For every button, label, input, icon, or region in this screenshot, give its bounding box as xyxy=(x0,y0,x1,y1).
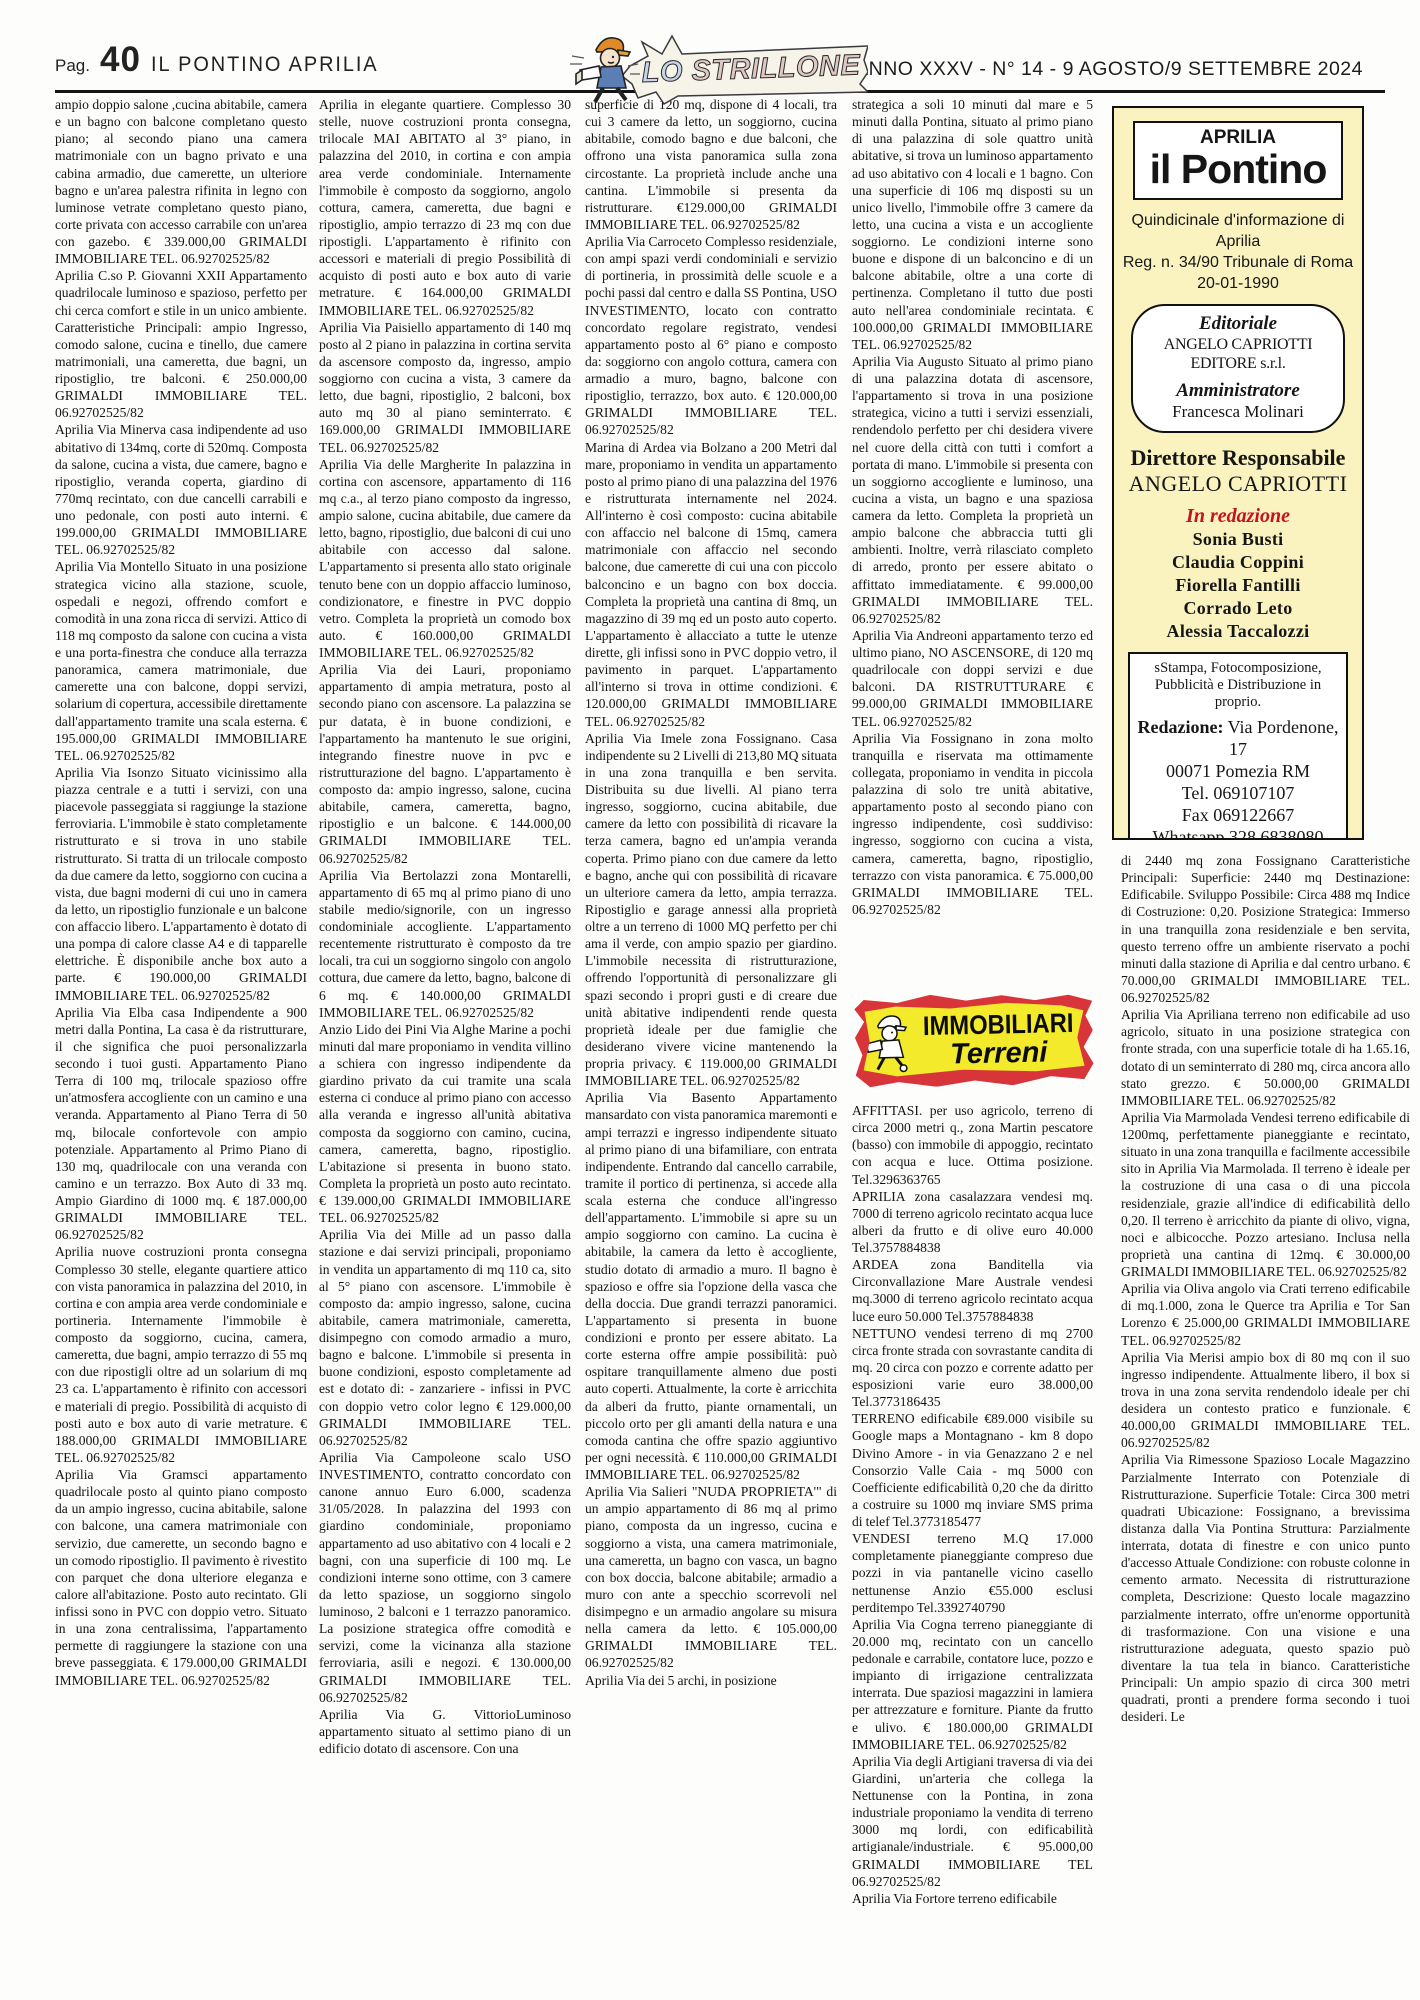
ad-paragraph: Aprilia Via Carroceto Complesso residenz… xyxy=(585,233,837,439)
ad-paragraph: Aprilia Via Basento Appartamento mansard… xyxy=(585,1089,837,1483)
ad-paragraph: Aprilia Via delle Margherite In palazzin… xyxy=(319,456,571,662)
badge-title: IMMOBILIARI xyxy=(923,1008,1074,1039)
ad-paragraph: Aprilia via Oliva angolo via Crati terre… xyxy=(1121,1280,1410,1349)
newsboy-icon xyxy=(862,1006,913,1077)
contact-line: Whatsapp 328.6838080 xyxy=(1132,826,1344,840)
ad-paragraph: Aprilia Via Minerva casa indipendente ad… xyxy=(55,421,307,558)
ad-paragraph: strategica a soli 10 minuti dal mare e 5… xyxy=(852,96,1093,353)
director-label: Direttore Responsabile xyxy=(1114,445,1362,471)
masthead-subtitle: Quindicinale d'informazione di Aprilia R… xyxy=(1114,210,1362,294)
ad-paragraph: ARDEA zona Banditella via Circonvallazio… xyxy=(852,1256,1093,1325)
contact-line: 00071 Pomezia RM xyxy=(1132,760,1344,782)
contact-label: Redazione: xyxy=(1137,717,1223,737)
ad-paragraph: Aprilia Via Marmolada Vendesi terreno ed… xyxy=(1121,1109,1410,1280)
ad-paragraph: superficie di 120 mq, dispone di 4 local… xyxy=(585,96,837,233)
ad-paragraph: Claudia Coppini xyxy=(1114,551,1362,574)
issue-line: ANNO XXXV - N° 14 - 9 AGOSTO/9 SETTEMBRE… xyxy=(855,58,1363,81)
text-column-1: ampio doppio salone ,cucina abitabile, c… xyxy=(55,96,307,1986)
ad-paragraph: Aprilia Via Gramsci appartamento quadril… xyxy=(55,1466,307,1689)
page-header-left: Pag. 40 IL PONTINO APRILIA xyxy=(55,40,390,80)
admin-name: Francesca Molinari xyxy=(1137,402,1339,422)
ad-paragraph: Aprilia in elegante quartiere. Complesso… xyxy=(319,96,571,319)
ad-paragraph: Aprilia Via Merisi ampio box di 80 mq co… xyxy=(1121,1349,1410,1452)
text-column-4-lower: AFFITTASI. per uso agricolo, terreno di … xyxy=(852,1102,1093,1988)
ad-paragraph: Aprilia Via Isonzo Situato vicinissimo a… xyxy=(55,764,307,1004)
ad-paragraph: APRILIA zona casalazzara vendesi mq. 700… xyxy=(852,1188,1093,1257)
ad-paragraph: di 2440 mq zona Fossignano Caratteristic… xyxy=(1121,852,1410,1006)
ad-paragraph: Aprilia Via degli Artigiani traversa di … xyxy=(852,1753,1093,1890)
ad-paragraph: Aprilia Via Elba casa Indipendente a 900… xyxy=(55,1004,307,1244)
editorial-name: ANGELO CAPRIOTTI EDITORE s.r.l. xyxy=(1137,335,1339,373)
ad-paragraph: Aprilia Via Salieri "NUDA PROPRIETA'" di… xyxy=(585,1483,837,1671)
text-column-5: di 2440 mq zona Fossignano Caratteristic… xyxy=(1121,852,1410,1988)
ad-paragraph: NETTUNO vendesi terreno di mq 2700 circa… xyxy=(852,1325,1093,1411)
ad-paragraph: Alessia Taccalozzi xyxy=(1114,620,1362,643)
page-label: Pag. xyxy=(55,56,90,76)
ad-paragraph: Aprilia Via Bertolazzi zona Montarelli, … xyxy=(319,867,571,1021)
subtitle-line: Reg. n. 34/90 Tribunale di Roma xyxy=(1114,252,1362,273)
ad-paragraph: Sonia Busti xyxy=(1114,528,1362,551)
redazione-label: In redazione xyxy=(1114,505,1362,528)
text-column-2: Aprilia in elegante quartiere. Complesso… xyxy=(319,96,571,1986)
ad-paragraph: Aprilia Via Paisiello appartamento di 14… xyxy=(319,319,571,456)
ad-paragraph: Aprilia C.so P. Giovanni XXII Appartamen… xyxy=(55,267,307,421)
ad-paragraph: Aprilia Via Fossignano in zona molto tra… xyxy=(852,730,1093,918)
text-column-3: superficie di 120 mq, dispone di 4 local… xyxy=(585,96,837,1986)
ad-paragraph: Aprilia Via Apriliana terreno non edific… xyxy=(1121,1006,1410,1109)
ad-paragraph: Aprilia Via Fortore terreno edificabile xyxy=(852,1890,1093,1907)
masthead-title-box: APRILIA il Pontino xyxy=(1133,121,1343,200)
ad-paragraph: Aprilia Via Cogna terreno pianeggiante d… xyxy=(852,1616,1093,1753)
contact-box: sStampa, Fotocomposizione, Pubblicità e … xyxy=(1128,652,1348,840)
masthead-title: il Pontino xyxy=(1135,149,1341,191)
ad-paragraph: Aprilia Via Imele zona Fossignano. Casa … xyxy=(585,730,837,1090)
ad-paragraph: Aprilia Via dei Lauri, proponiamo appart… xyxy=(319,661,571,867)
contact-line: Fax 069122667 xyxy=(1132,804,1344,826)
production-note: sStampa, Fotocomposizione, Pubblicità e … xyxy=(1132,660,1344,711)
ad-paragraph: Fiorella Fantilli xyxy=(1114,574,1362,597)
director-name: ANGELO CAPRIOTTI xyxy=(1114,471,1362,496)
lo-strillone-logo-icon: LO STRILLONE xyxy=(568,26,868,108)
newspaper-page: Pag. 40 IL PONTINO APRILIA ANNO XXXV - N… xyxy=(0,0,1420,2000)
ad-paragraph: Aprilia Via Rimessone Spazioso Locale Ma… xyxy=(1121,1451,1410,1725)
ad-paragraph: Aprilia Via Andreoni appartamento terzo … xyxy=(852,627,1093,730)
badge-subtitle: Terreni xyxy=(913,1036,1085,1070)
ad-paragraph: Corrado Leto xyxy=(1114,597,1362,620)
text-column-4-upper: strategica a soli 10 minuti dal mare e 5… xyxy=(852,96,1093,990)
ad-paragraph: Aprilia Via Montello Situato in una posi… xyxy=(55,558,307,764)
subtitle-line: Quindicinale d'informazione di Aprilia xyxy=(1114,210,1362,252)
ad-paragraph: Aprilia Via G. VittorioLuminoso appartam… xyxy=(319,1706,571,1757)
contact-line: Tel. 069107107 xyxy=(1132,782,1344,804)
ad-paragraph: Anzio Lido dei Pini Via Alghe Marine a p… xyxy=(319,1021,571,1227)
contact-line: Redazione: Via Pordenone, 17 xyxy=(1132,716,1344,760)
editorial-box: Editoriale ANGELO CAPRIOTTI EDITORE s.r.… xyxy=(1131,304,1345,433)
contact-lines: Redazione: Via Pordenone, 17 00071 Pomez… xyxy=(1132,716,1344,840)
page-number: 40 xyxy=(100,40,141,80)
ad-paragraph: ampio doppio salone ,cucina abitabile, c… xyxy=(55,96,307,267)
editorial-label: Editoriale xyxy=(1137,313,1339,335)
ad-paragraph: Aprilia nuove costruzioni pronta consegn… xyxy=(55,1243,307,1466)
ad-paragraph: Aprilia Via dei Mille ad un passo dalla … xyxy=(319,1226,571,1449)
subtitle-line: 20-01-1990 xyxy=(1114,273,1362,294)
ad-paragraph: Aprilia Via Campoleone scalo USO INVESTI… xyxy=(319,1449,571,1706)
paper-name: IL PONTINO APRILIA xyxy=(151,53,378,77)
immobiliari-terreni-badge: IMMOBILIARI Terreni xyxy=(854,992,1094,1089)
masthead-box: APRILIA il Pontino Quindicinale d'inform… xyxy=(1112,106,1364,840)
ad-paragraph: Aprilia Via Augusto Situato al primo pia… xyxy=(852,353,1093,627)
ad-paragraph: VENDESI terreno M.Q 17.000 completamente… xyxy=(852,1530,1093,1616)
ad-paragraph: TERRENO edificabile €89.000 visibile su … xyxy=(852,1410,1093,1530)
ad-paragraph: Marina di Ardea via Bolzano a 200 Metri … xyxy=(585,439,837,730)
badge-text: IMMOBILIARI Terreni xyxy=(912,1008,1084,1070)
badge-inner: IMMOBILIARI Terreni xyxy=(862,1000,1085,1080)
ad-paragraph: AFFITTASI. per uso agricolo, terreno di … xyxy=(852,1102,1093,1188)
redazione-names: Sonia BustiClaudia CoppiniFiorella Fanti… xyxy=(1114,528,1362,643)
ad-paragraph: Aprilia Via dei 5 archi, in posizione xyxy=(585,1672,837,1689)
admin-label: Amministratore xyxy=(1137,380,1339,402)
